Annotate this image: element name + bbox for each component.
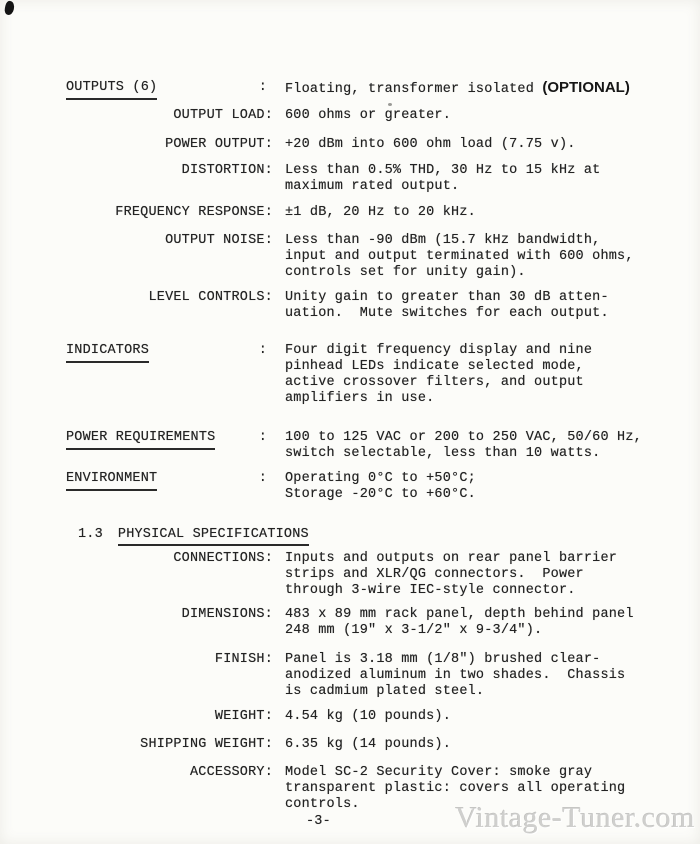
spec-value: Four digit frequency display and nine pi… bbox=[285, 343, 677, 407]
separator-colon: : bbox=[259, 471, 267, 486]
separator-colon: : bbox=[259, 343, 267, 358]
section-number: 1.3 bbox=[78, 527, 103, 542]
spec-value: Floating, transformer isolated (OPTIONAL… bbox=[285, 80, 677, 98]
spec-row-environment: ENVIRONMENT : Operating 0°C to +50°C; St… bbox=[0, 471, 700, 503]
spec-value: Less than 0.5% THD, 30 Hz to 15 kHz at m… bbox=[285, 163, 677, 195]
page-number: -3- bbox=[306, 814, 331, 830]
spec-value: 483 x 89 mm rack panel, depth behind pan… bbox=[285, 607, 677, 639]
spec-label: OUTPUT NOISE: bbox=[0, 233, 273, 249]
spec-label-cell: OUTPUTS (6) : bbox=[0, 80, 273, 96]
spec-label-cell: POWER REQUIREMENTS : bbox=[0, 430, 273, 446]
spec-row-dimensions: DIMENSIONS: 483 x 89 mm rack panel, dept… bbox=[0, 607, 700, 639]
spec-label-cell: ENVIRONMENT : bbox=[0, 471, 273, 487]
spec-value: Less than -90 dBm (15.7 kHz bandwidth, i… bbox=[285, 233, 677, 281]
spec-value-text: Floating, transformer isolated bbox=[285, 82, 542, 97]
optional-tag: (OPTIONAL) bbox=[542, 79, 630, 96]
spec-row-finish: FINISH: Panel is 3.18 mm (1/8") brushed … bbox=[0, 652, 700, 700]
spec-value: 4.54 kg (10 pounds). bbox=[285, 709, 677, 725]
spec-row-connections: CONNECTIONS: Inputs and outputs on rear … bbox=[0, 551, 700, 599]
spec-label: FREQUENCY RESPONSE: bbox=[0, 205, 273, 221]
spec-row-output-load: OUTPUT LOAD: 600 ohms or greater. bbox=[0, 108, 700, 124]
spec-value: +20 dBm into 600 ohm load (7.75 v). bbox=[285, 137, 677, 153]
spec-row-shipping-weight: SHIPPING WEIGHT: 6.35 kg (14 pounds). bbox=[0, 737, 700, 753]
section-title: PHYSICAL SPECIFICATIONS bbox=[118, 527, 309, 546]
watermark: Vintage-Tuner.com bbox=[455, 801, 695, 835]
spec-label: OUTPUT LOAD: bbox=[0, 108, 273, 124]
spec-label: FINISH: bbox=[0, 652, 273, 668]
spec-label: LEVEL CONTROLS: bbox=[0, 290, 273, 306]
section-label: OUTPUTS (6) bbox=[66, 80, 157, 100]
spec-label: SHIPPING WEIGHT: bbox=[0, 737, 273, 753]
spec-label: CONNECTIONS: bbox=[0, 551, 273, 567]
spec-label: DISTORTION: bbox=[0, 163, 273, 179]
spec-value: 100 to 125 VAC or 200 to 250 VAC, 50/60 … bbox=[285, 430, 677, 462]
spec-row-outputs: OUTPUTS (6) : Floating, transformer isol… bbox=[0, 80, 700, 98]
spec-value: ±1 dB, 20 Hz to 20 kHz. bbox=[285, 205, 677, 221]
spec-value: Operating 0°C to +50°C; Storage -20°C to… bbox=[285, 471, 677, 503]
spec-row-distortion: DISTORTION: Less than 0.5% THD, 30 Hz to… bbox=[0, 163, 700, 195]
spec-label: ACCESSORY: bbox=[0, 765, 273, 781]
spec-row-power-output: POWER OUTPUT: +20 dBm into 600 ohm load … bbox=[0, 137, 700, 153]
spec-label: POWER OUTPUT: bbox=[0, 137, 273, 153]
separator-colon: : bbox=[259, 80, 267, 95]
spec-label-cell: INDICATORS : bbox=[0, 343, 273, 359]
section-label: POWER REQUIREMENTS bbox=[66, 430, 215, 450]
spec-row-level-controls: LEVEL CONTROLS: Unity gain to greater th… bbox=[0, 290, 700, 322]
scan-artifact-blob bbox=[4, 0, 16, 16]
spec-label: DIMENSIONS: bbox=[0, 607, 273, 623]
spec-row-frequency-response: FREQUENCY RESPONSE: ±1 dB, 20 Hz to 20 k… bbox=[0, 205, 700, 221]
section-heading: 1.3PHYSICAL SPECIFICATIONS bbox=[78, 527, 309, 543]
section-label: INDICATORS bbox=[66, 343, 149, 363]
scan-artifact-fleck bbox=[388, 103, 392, 106]
spec-label: WEIGHT: bbox=[0, 709, 273, 725]
spec-value: Unity gain to greater than 30 dB atten- … bbox=[285, 290, 677, 322]
spec-row-power-requirements: POWER REQUIREMENTS : 100 to 125 VAC or 2… bbox=[0, 430, 700, 462]
spec-row-indicators: INDICATORS : Four digit frequency displa… bbox=[0, 343, 700, 407]
spec-row-output-noise: OUTPUT NOISE: Less than -90 dBm (15.7 kH… bbox=[0, 233, 700, 281]
spec-value: Panel is 3.18 mm (1/8") brushed clear- a… bbox=[285, 652, 677, 700]
section-label: ENVIRONMENT bbox=[66, 471, 157, 491]
spec-value: 600 ohms or greater. bbox=[285, 108, 677, 124]
spec-value: 6.35 kg (14 pounds). bbox=[285, 737, 677, 753]
document-page: OUTPUTS (6) : Floating, transformer isol… bbox=[0, 0, 700, 844]
separator-colon: : bbox=[259, 430, 267, 445]
spec-row-weight: WEIGHT: 4.54 kg (10 pounds). bbox=[0, 709, 700, 725]
spec-value: Inputs and outputs on rear panel barrier… bbox=[285, 551, 677, 599]
